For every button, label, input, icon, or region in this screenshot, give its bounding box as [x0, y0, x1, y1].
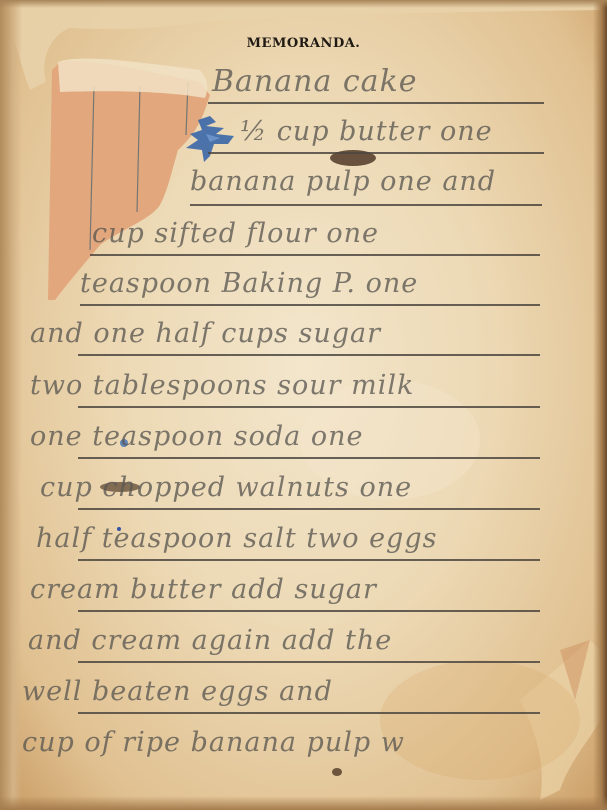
page-header: MEMORANDA. — [0, 36, 607, 51]
ruled-line — [78, 661, 540, 663]
memoranda-page: MEMORANDA. Banana cake ½ cup butter one … — [0, 0, 607, 810]
handwritten-line-1: Banana cake — [212, 64, 418, 99]
ruled-line — [80, 304, 540, 306]
paper-edge-top — [0, 0, 607, 8]
handwritten-line-9: cup chopped walnuts one — [40, 472, 412, 503]
handwritten-line-14: cup of ripe banana pulp w — [22, 727, 405, 758]
ruled-line — [78, 559, 540, 561]
ruled-line — [190, 204, 542, 206]
paper-edge-left — [0, 0, 22, 810]
ruled-line — [208, 102, 544, 104]
handwritten-line-10: half teaspoon salt two eggs — [36, 523, 437, 554]
handwritten-line-4: cup sifted flour one — [92, 218, 379, 249]
handwritten-line-8: one teaspoon soda one — [30, 421, 363, 452]
paper-edge-right — [593, 0, 607, 810]
handwritten-line-2: ½ cup butter one — [240, 116, 493, 147]
handwritten-line-6: and one half cups sugar — [30, 318, 381, 349]
ruled-line — [208, 152, 544, 154]
handwritten-line-3: banana pulp one and — [190, 166, 496, 197]
ruled-line — [78, 508, 540, 510]
paper-edge-bottom — [0, 796, 607, 810]
handwritten-line-12: and cream again add the — [28, 625, 392, 656]
handwritten-line-7: two tablespoons sour milk — [30, 370, 414, 401]
ruled-line — [78, 406, 540, 408]
ruled-line — [78, 457, 540, 459]
handwritten-line-11: cream butter add sugar — [30, 574, 377, 605]
ruled-line — [78, 610, 540, 612]
handwritten-line-5: teaspoon Baking P. one — [80, 268, 418, 299]
handwritten-line-13: well beaten eggs and — [22, 676, 333, 707]
ruled-line — [78, 354, 540, 356]
ruled-line — [90, 254, 540, 256]
ruled-line — [78, 712, 540, 714]
